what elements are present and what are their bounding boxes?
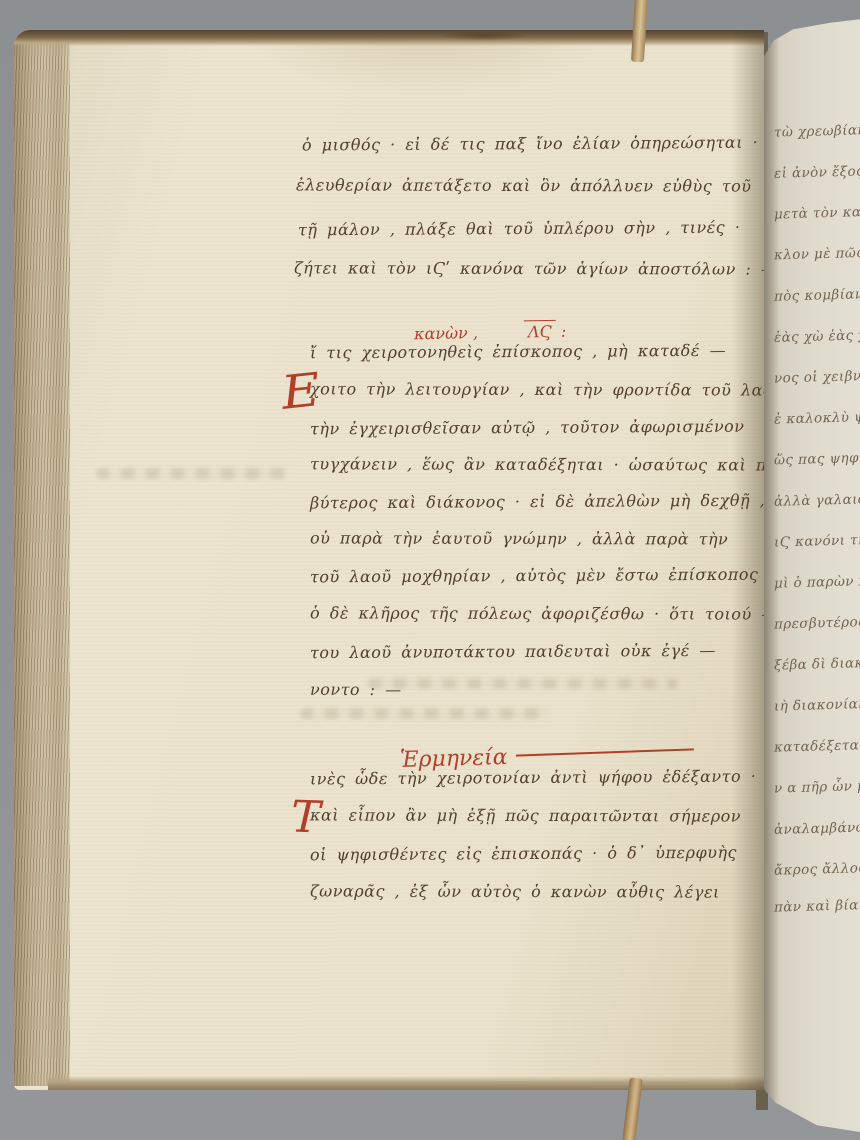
- facing-line: πρεσβυτέρος , λ: [774, 613, 860, 632]
- canon-number-dots: :: [561, 322, 567, 341]
- manuscript-line: οὐ παρὰ τὴν ἑαυτοῦ γνώμην , ἀλλὰ παρὰ τὴ…: [310, 528, 728, 548]
- manuscript-line: τὴν ἐγχειρισθεῖσαν αὐτῷ , τοῦτον ἀφωρισμ…: [310, 417, 745, 439]
- manuscript-line: ἴ τις χειροτονηθεὶς ἐπίσκοπος , μὴ καταδ…: [310, 341, 726, 363]
- facing-line: ἀλλὰ γαλαιὼν , να: [774, 490, 860, 510]
- facing-line: μετὰ τὸν καὶ δρ: [774, 203, 860, 222]
- facing-line: ὥς πας ψηφίξο: [774, 450, 860, 469]
- manuscript-line: τυγχάνειν , ἕως ἂν καταδέξηται · ὡσαύτως…: [310, 454, 764, 474]
- facing-line: μὶ ὁ παρὼν κανὼ: [774, 572, 860, 591]
- facing-line: ιὴ διακονίαν αὐ: [774, 695, 860, 714]
- manuscript-line: ὁ δὲ κλῆρος τῆς πόλεως ἀφοριζέσθω · ὅτι …: [310, 603, 764, 623]
- manuscript-line: οἱ ψηφισθέντες εἰς ἐπισκοπάς · ὁ δ᾽ ὑπερ…: [310, 843, 737, 865]
- facing-line: ἀναλαμβάνων λαοῦ: [774, 818, 860, 838]
- facing-line: πὰν καὶ βία ξαν: [774, 896, 860, 915]
- facing-line: καταδέξεται Λίπ: [774, 736, 860, 755]
- canon-number: ΛϚ: [524, 320, 556, 342]
- manuscript-line: τοῦ λαοῦ μοχθηρίαν , αὐτὸς μὲν ἔστω ἐπίσ…: [310, 565, 759, 587]
- facing-page: τὼ χρεωβίαν , κα εἰ ἀνὸν ἔξος θοῦ κ μετὰ…: [764, 0, 860, 1132]
- manuscript-line: ζωναρᾶς , ἐξ ὧν αὐτὸς ὁ κανὼν αὖθις λέγε…: [310, 881, 720, 901]
- manuscript-photo: τὼ χρεωβίαν , κα εἰ ἀνὸν ἔξος θοῦ κ μετὰ…: [0, 0, 860, 1140]
- manuscript-line: ἐλευθερίαν ἀπετάξετο καὶ ὃν ἀπόλλυεν εὐθ…: [296, 175, 752, 195]
- manuscript-line: νοντο : —: [310, 680, 402, 699]
- facing-line: ἑὰς χὼ ἑὰς χεξὶν λ: [774, 326, 860, 346]
- manuscript-line: βύτερος καὶ διάκονος · εἰ δὲ ἀπελθὼν μὴ …: [310, 491, 764, 513]
- facing-line: πὸς κομβίαν καλ: [774, 285, 860, 304]
- left-page: ὁ μισθός · εἰ δέ τις παξ ἴνο ἐλίαν ὁπηρε…: [14, 30, 764, 1090]
- text-block: ὁ μισθός · εἰ δέ τις παξ ἴνο ἐλίαν ὁπηρε…: [14, 30, 764, 1090]
- facing-line: ἐ καλοκλὺ ψηφί: [774, 408, 860, 427]
- facing-line: νος οἱ χειβνεῖ ἀ: [774, 367, 860, 386]
- facing-line: εἰ ἀνὸν ἔξος θοῦ κ: [774, 162, 860, 182]
- manuscript-line: ζήτει καὶ τὸν ιϚʹ κανόνα τῶν ἁγίων ἀποστ…: [294, 258, 764, 278]
- manuscript-line: του λαοῦ ἀνυποτάκτου παιδευταὶ οὐκ ἐγέ —: [310, 641, 716, 662]
- facing-line: ιϚ κανόνι τῆς ὠ: [774, 531, 860, 550]
- facing-line: τὼ χρεωβίαν , κα: [774, 121, 860, 140]
- manuscript-line: ινὲς ὧδε τὴν χειροτονίαν ἀντὶ ψήφου ἐδέξ…: [310, 767, 756, 789]
- canon-word: κανὼν ,: [414, 323, 478, 343]
- rubric-canon-heading: κανὼν , ΛϚ :: [414, 322, 567, 344]
- facing-line: κλον μὲ πῶς ἐ: [774, 245, 860, 264]
- rubricated-initial-epsilon: Ε: [279, 366, 322, 416]
- facing-line: ν α πῆρ ὧν μὴ π: [774, 777, 860, 796]
- manuscript-line: καὶ εἶπον ἂν μὴ ἐξῇ πῶς παραιτῶνται σήμε…: [310, 805, 741, 825]
- facing-line: ξέβα δὶ διακονῆ: [774, 654, 860, 673]
- manuscript-line: ὁ μισθός · εἰ δέ τις παξ ἴνο ἐλίαν ὁπηρε…: [302, 132, 764, 154]
- manuscript-line: χοιτο τὴν λειτουργίαν , καὶ τὴν φροντίδα…: [310, 379, 764, 399]
- manuscript-line: τῇ μάλον , πλάξε θαὶ τοῦ ὑπλέρου σὴν , τ…: [298, 218, 741, 240]
- facing-line: ἄκρος ἄλλος βοῦ: [774, 859, 860, 878]
- hermeneia-label: Ἑρμηνεία: [400, 745, 508, 773]
- rubricated-initial-tau: Τ: [290, 796, 321, 841]
- rubric-flourish-line: [516, 748, 694, 756]
